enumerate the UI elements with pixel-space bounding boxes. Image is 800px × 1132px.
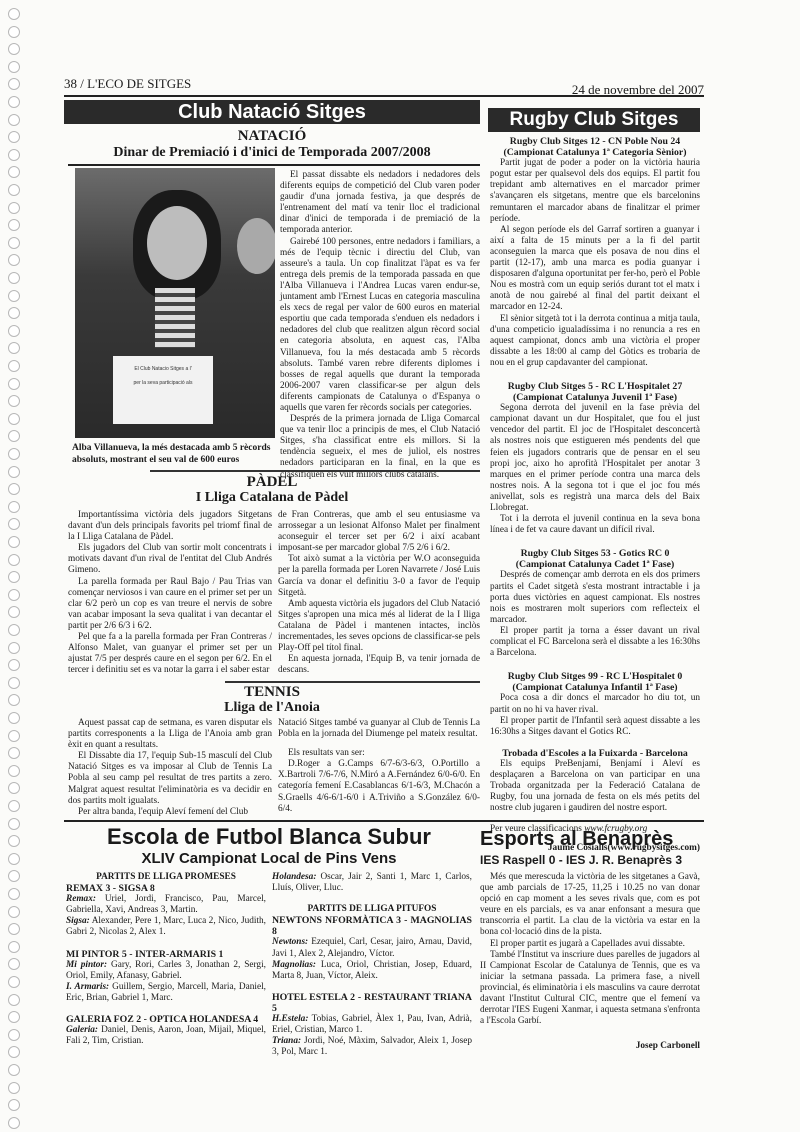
- spiral-binding: [4, 0, 26, 1132]
- benapres-subtitle: IES Raspell 0 - IES J. R. Benaprès 3: [480, 853, 702, 867]
- binding-ring-icon: [8, 941, 20, 953]
- benapres-signature: Josep Carbonell: [480, 1041, 700, 1052]
- binding-ring-icon: [8, 8, 20, 20]
- binding-ring-icon: [8, 818, 20, 830]
- tennis-col-1: Aquest passat cap de setmana, es varen d…: [68, 718, 272, 818]
- binding-ring-icon: [8, 1099, 20, 1111]
- futbol-col-1: PARTITS DE LLIGA PROMESES REMAX 3 - SIGS…: [66, 872, 266, 1047]
- tennis-section-title: TENNIS: [64, 684, 480, 701]
- binding-ring-icon: [8, 888, 20, 900]
- futbol-col-2: Holandesa: Oscar, Jair 2, Santi 1, Marc …: [272, 872, 472, 1058]
- binding-ring-icon: [8, 202, 20, 214]
- binding-ring-icon: [8, 430, 20, 442]
- binding-ring-icon: [8, 378, 20, 390]
- rugby-article-1: Rugby Club Sitges 12 - CN Poble Nou 24 (…: [490, 136, 700, 369]
- binding-ring-icon: [8, 571, 20, 583]
- binding-ring-icon: [8, 272, 20, 284]
- binding-ring-icon: [8, 448, 20, 460]
- rugby-column: Rugby Club Sitges 12 - CN Poble Nou 24 (…: [490, 136, 700, 855]
- photo-alba-villanueva: El Club Natacio Sitges a l' per la seva …: [75, 168, 275, 438]
- binding-ring-icon: [8, 1082, 20, 1094]
- binding-ring-icon: [8, 536, 20, 548]
- binding-ring-icon: [8, 43, 20, 55]
- binding-ring-icon: [8, 782, 20, 794]
- pitufos-heading: PARTITS DE LLIGA PITUFOS: [272, 904, 472, 915]
- fixture-galeria-holandesa: GALERIA FOZ 2 - OPTICA HOLANDESA 4 Galer…: [66, 1014, 266, 1047]
- rugby-article-3: Rugby Club Sitges 53 - Gotics RC 0 (Camp…: [490, 548, 700, 659]
- binding-ring-icon: [8, 26, 20, 38]
- binding-ring-icon: [8, 96, 20, 108]
- binding-ring-icon: [8, 518, 20, 530]
- binding-ring-icon: [8, 554, 20, 566]
- futbol-subtitle: XLIV Campionat Local de Pins Vens: [64, 850, 474, 867]
- binding-ring-icon: [8, 730, 20, 742]
- binding-ring-icon: [8, 765, 20, 777]
- tennis-col-2: Natació Sitges també va guanyar al Club …: [278, 718, 480, 815]
- rugby-article-2: Rugby Club Sitges 5 - RC L'Hospitalet 27…: [490, 381, 700, 536]
- rugby-article-5: Trobada d'Escoles a la Fuixarda - Barcel…: [490, 748, 700, 815]
- binding-ring-icon: [8, 466, 20, 478]
- binding-ring-icon: [8, 677, 20, 689]
- binding-ring-icon: [8, 694, 20, 706]
- promeses-heading: PARTITS DE LLIGA PROMESES: [66, 872, 266, 883]
- binding-ring-icon: [8, 624, 20, 636]
- page-publication-label: 38 / L'ECO DE SITGES: [64, 76, 191, 92]
- rugby-banner: Rugby Club Sitges: [488, 108, 700, 132]
- section-divider: [64, 820, 704, 822]
- binding-ring-icon: [8, 606, 20, 618]
- binding-ring-icon: [8, 325, 20, 337]
- natacio-section-title: NATACIÓ: [64, 128, 480, 145]
- certificate: El Club Natacio Sitges a l' per la seva …: [113, 356, 213, 424]
- binding-ring-icon: [8, 906, 20, 918]
- tennis-rule: [225, 681, 480, 683]
- binding-ring-icon: [8, 659, 20, 671]
- padel-section-title: PÀDEL: [64, 474, 480, 491]
- binding-ring-icon: [8, 166, 20, 178]
- binding-ring-icon: [8, 1064, 20, 1076]
- fixture-estela-triana: HOTEL ESTELA 2 - RESTAURANT TRIANA 5 H.E…: [272, 992, 472, 1059]
- binding-ring-icon: [8, 1117, 20, 1129]
- binding-ring-icon: [8, 395, 20, 407]
- binding-ring-icon: [8, 184, 20, 196]
- binding-ring-icon: [8, 923, 20, 935]
- binding-ring-icon: [8, 589, 20, 601]
- binding-ring-icon: [8, 1029, 20, 1041]
- futbol-title: Escola de Futbol Blanca Subur: [64, 824, 474, 850]
- benapres-body: Més que merescuda la victòria de les sit…: [480, 872, 700, 1052]
- natacio-article-body: El passat dissabte els nedadors i nedado…: [280, 170, 480, 481]
- binding-ring-icon: [8, 413, 20, 425]
- binding-ring-icon: [8, 219, 20, 231]
- binding-ring-icon: [8, 290, 20, 302]
- binding-ring-icon: [8, 835, 20, 847]
- rugby-article-4: Rugby Club Sitges 99 - RC L'Hospitalet 0…: [490, 671, 700, 738]
- binding-ring-icon: [8, 958, 20, 970]
- binding-ring-icon: [8, 870, 20, 882]
- binding-ring-icon: [8, 712, 20, 724]
- padel-rule: [150, 470, 480, 472]
- binding-ring-icon: [8, 1011, 20, 1023]
- fixture-mipintor-interarmaris: MI PINTOR 5 - INTER-ARMARIS 1 Mi pintor:…: [66, 949, 266, 1004]
- binding-ring-icon: [8, 853, 20, 865]
- binding-ring-icon: [8, 800, 20, 812]
- benapres-title: Esports al Benaprès: [480, 828, 702, 851]
- binding-ring-icon: [8, 747, 20, 759]
- binding-ring-icon: [8, 307, 20, 319]
- binding-ring-icon: [8, 254, 20, 266]
- natacio-headline: Dinar de Premiació i d'inici de Temporad…: [64, 145, 480, 161]
- binding-ring-icon: [8, 149, 20, 161]
- header-rule: [64, 95, 704, 97]
- padel-headline: I Lliga Catalana de Pàdel: [64, 490, 480, 506]
- binding-ring-icon: [8, 994, 20, 1006]
- fixture-newtons-magnolias: NEWTONS NFORMÀTICA 3 - MAGNOLIAS 8 Newto…: [272, 915, 472, 982]
- binding-ring-icon: [8, 501, 20, 513]
- natacio-banner: Club Natació Sitges: [64, 100, 480, 124]
- photo-caption: Alba Villanueva, la més destacada amb 5 …: [72, 442, 280, 466]
- binding-ring-icon: [8, 342, 20, 354]
- natacio-rule: [68, 164, 480, 166]
- binding-ring-icon: [8, 360, 20, 372]
- fixture-remax-sigsa: REMAX 3 - SIGSA 8 Remax: Uriel, Jordi, F…: [66, 883, 266, 938]
- binding-ring-icon: [8, 976, 20, 988]
- padel-col-1: Importantíssima victòria dels jugadors S…: [68, 510, 272, 676]
- binding-ring-icon: [8, 61, 20, 73]
- binding-ring-icon: [8, 131, 20, 143]
- binding-ring-icon: [8, 114, 20, 126]
- binding-ring-icon: [8, 642, 20, 654]
- binding-ring-icon: [8, 483, 20, 495]
- binding-ring-icon: [8, 1046, 20, 1058]
- binding-ring-icon: [8, 78, 20, 90]
- binding-ring-icon: [8, 237, 20, 249]
- tennis-headline: Lliga de l'Anoia: [64, 700, 480, 716]
- padel-col-2: de Fran Contreras, que amb el seu entusi…: [278, 510, 480, 676]
